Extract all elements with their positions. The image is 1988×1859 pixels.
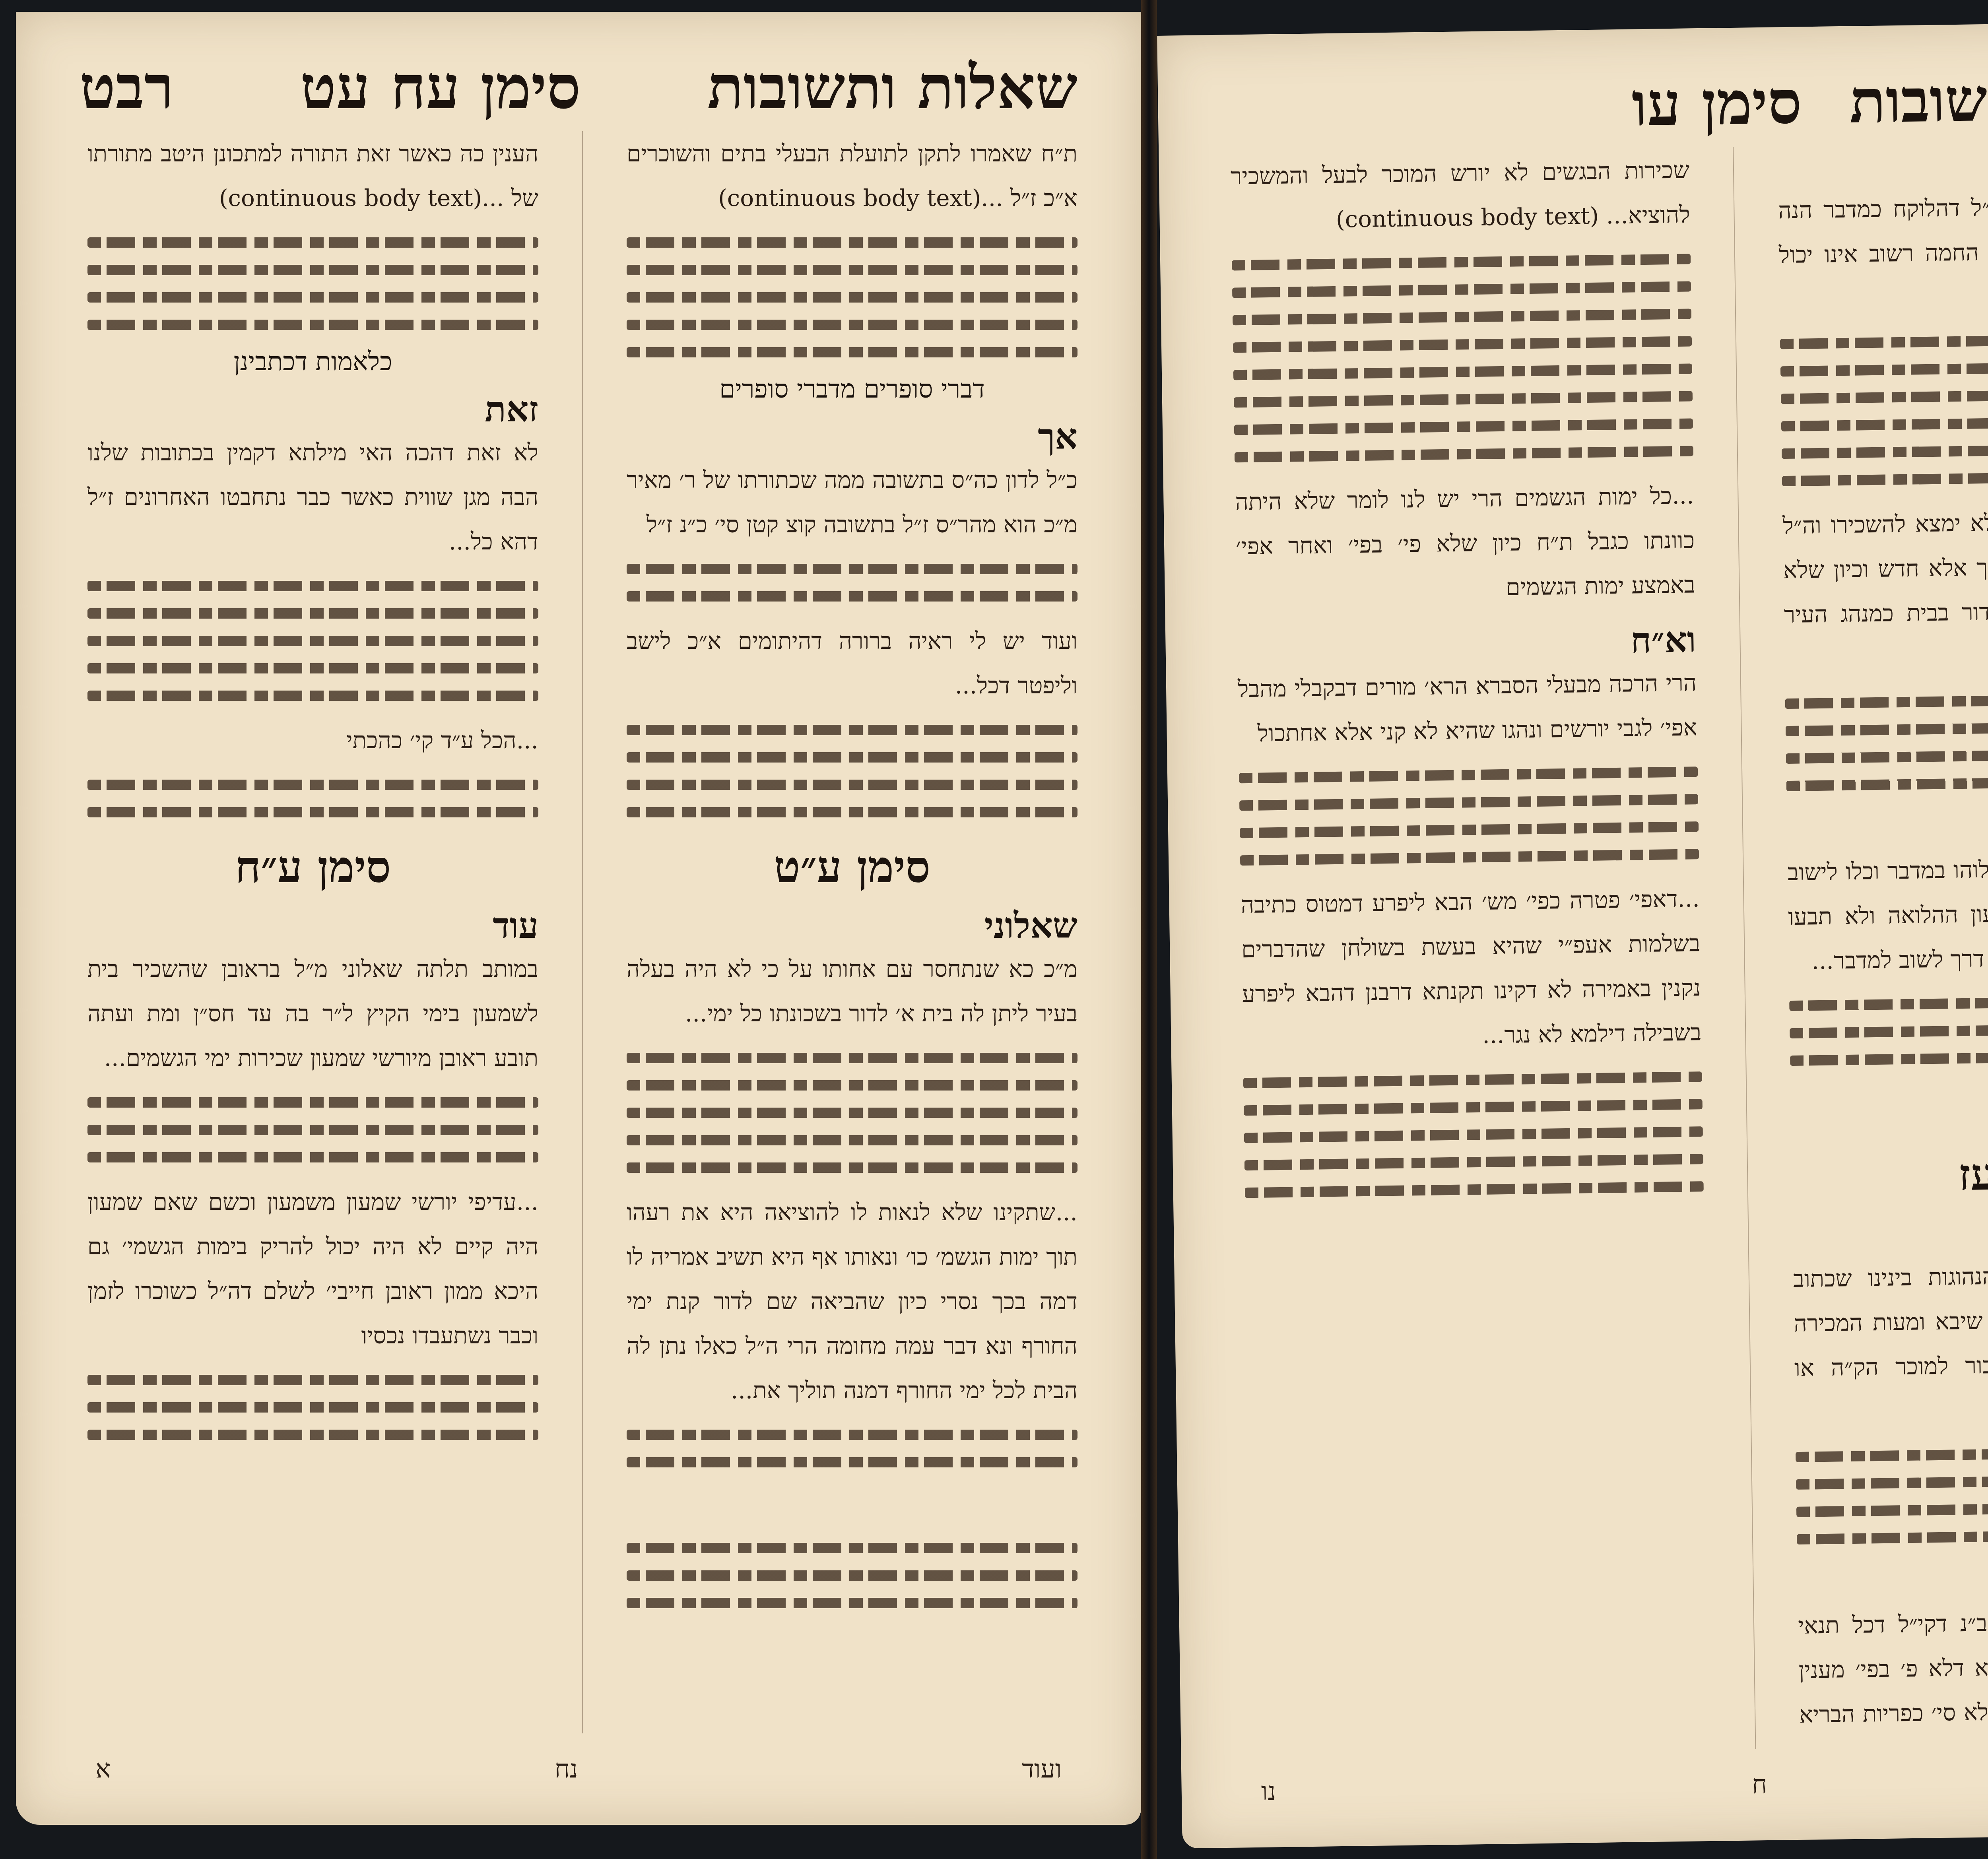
body-text: כ״ל לדון כה״ס בתשובה ממה שכתורתו של ר׳ מ…	[627, 458, 1077, 547]
opening-word: זאת	[485, 388, 538, 430]
body-text: ת״ח שאמרו לתקן לתועלת הבעלי בתים והשוכרי…	[627, 131, 1077, 220]
opening-word: וא״ח	[1630, 619, 1696, 661]
body-text: ...נהגה וזה אינו חסר כנ״ל	[1790, 1077, 1988, 1127]
text-block: ...כבר נשתכרו כל הבתים ולא ימצא להשכירו …	[1782, 497, 1988, 791]
body-text: ...עדיפי יורשי שמעון משמעון וכשם שאם שמע…	[87, 1180, 538, 1358]
text-block: ...נהגה וזה אינו חסר כנ״ל	[1790, 1077, 1988, 1127]
opening-word: אך	[1038, 416, 1077, 457]
body-text: ...שתקינו שלא לנאות לו להוציאה היא את רע…	[627, 1190, 1077, 1413]
column-left: שכירות הבגשים לא יורש המוכר לבעל והמשכיר…	[1230, 147, 1711, 1756]
folio-mark: נח	[555, 1754, 578, 1784]
page-footer: ועוד נח א	[95, 1749, 1062, 1789]
text-block: ...הכל ע״ד קי׳ כהכתי	[87, 718, 538, 817]
text-block: וחלא כל דברי הדין עם הסוכר ראב״נ דקי״ל ד…	[1797, 1555, 1988, 1781]
body-text: שכירות הבגשים לא יורש המוכר לבעל והמשכיר…	[1230, 147, 1690, 243]
page-footer: ח נו	[1261, 1758, 1988, 1811]
centered-line: דברי סופרים מדברי סופרים	[627, 375, 1077, 404]
column-divider	[582, 131, 583, 1733]
text-block: ...כל ימות הגשמים הרי יש לנו לומר שלא הי…	[1235, 473, 1696, 613]
running-head-section: סימן עו	[1631, 67, 1802, 140]
centered-line: כלאמות דכתבינן	[87, 347, 538, 376]
column-left: הענין כה כאשר זאת התורה למתכונן היטב מתו…	[87, 131, 538, 1733]
body-text: כל דברי הדין עם הסוכר ראב״נ דקי״ל דכל תנ…	[1798, 1597, 1988, 1781]
signature-mark: א	[95, 1754, 111, 1784]
catchword-mark: נו	[1261, 1777, 1276, 1807]
body-text: ...כבר נשתכרו כל הבתים ולא ימצא להשכירו …	[1782, 497, 1988, 681]
right-page: שאלות ותשובות סימן עו ואפי׳ את״ל דמדמינן…	[1157, 20, 1988, 1849]
column-divider	[1733, 147, 1756, 1749]
body-text: מ״כ כא שנתחסר עם אחותו על כי לא היה בעלה…	[627, 947, 1077, 1036]
opening-word: עוד	[493, 905, 538, 946]
section-title: סימן ע״ט	[627, 841, 1077, 893]
text-block: ואפי׳ את״ל דמדמינן כ״ד לדין הנ״ל דהלוקח …	[1777, 140, 1988, 486]
body-text: לא זאת דהכה האי מילתא דקמין בכתובות שלנו…	[87, 430, 538, 564]
column-right: ת״ח שאמרו לתקן לתועלת הבעלי בתים והשוכרי…	[627, 131, 1077, 1733]
text-block: ...שתקינו שלא לנאות לו להוציאה היא את רע…	[627, 1190, 1077, 1467]
body-text: ...דאפי׳ פטרה כפי׳ מש׳ הבא ליפרע דמטוס כ…	[1241, 876, 1702, 1061]
text-columns: ואפי׳ את״ל דמדמינן כ״ד לדין הנ״ל דהלוקח …	[1230, 140, 1988, 1756]
text-block: זאת לא זאת דהכה האי מילתא דקמין בכתובות …	[87, 388, 538, 701]
text-block: שכירות הבגשים לא יורש המוכר לבעל והמשכיר…	[1230, 147, 1693, 462]
signature-mark: ח	[1752, 1770, 1767, 1800]
text-block: ועוד יש לי ראיה ברורה דהיתומים א״כ לישב …	[627, 619, 1077, 817]
folio-number: רבט	[80, 52, 174, 122]
body-text: במותב תלתה שאלוני מ״ל בראובן שהשכיר בית …	[87, 947, 538, 1080]
text-block: ובן נ״ל הדין ג״כ בהלוואה דאם הלוהו במדבר…	[1786, 802, 1988, 1066]
text-block	[627, 1484, 1077, 1608]
left-page: שאלות ותשובות סימן עח עט רבט ת״ח שאמרו ל…	[16, 12, 1141, 1825]
text-block: ת״ח שאמרו לתקן לתועלת הבעלי בתים והשוכרי…	[627, 131, 1077, 357]
text-block: ...עדיפי יורשי שמעון משמעון וכשם שאם שמע…	[87, 1180, 538, 1440]
body-text: הרי הרכה מבעלי הסברא הרא׳ מורים דבקבלי מ…	[1237, 660, 1697, 756]
text-block: וא״ח הרי הרכה מבעלי הסברא הרא׳ מורים דבק…	[1237, 619, 1699, 865]
text-block: אך כ״ל לדון כה״ס בתשובה ממה שכתורתו של ר…	[627, 416, 1077, 602]
section-title: סימן עז	[1791, 1145, 1988, 1203]
running-head-title: שאלות ותשובות	[1849, 62, 1988, 137]
running-head: שאלות ותשובות סימן עח עט רבט	[80, 44, 1077, 131]
text-block: ...דאפי׳ פטרה כפי׳ מש׳ הבא ליפרע דמטוס כ…	[1241, 876, 1704, 1198]
running-head: שאלות ותשובות סימן עו	[1396, 53, 1988, 152]
text-block: שאלוני מ״כ כא שנתחסר עם אחותו על כי לא ה…	[627, 905, 1077, 1173]
body-text: שאלוני מ״ה בהני הטבות הנהוגות בינינו שכת…	[1793, 1250, 1988, 1435]
text-block: הענין כה כאשר זאת התורה למתכונן היטב מתו…	[87, 131, 538, 330]
text-block: עוד שאלוני מ״ה בהני הטבות הנהוגות בינינו…	[1792, 1209, 1988, 1545]
body-text: ועוד יש לי ראיה ברורה דהיתומים א״כ לישב …	[627, 619, 1077, 708]
text-columns: ת״ח שאמרו לתקן לתועלת הבעלי בתים והשוכרי…	[87, 131, 1077, 1733]
body-text: ...הכל ע״ד קי׳ כהכתי	[87, 718, 538, 763]
text-block: עוד במותב תלתה שאלוני מ״ל בראובן שהשכיר …	[87, 905, 538, 1162]
opening-word: שאלוני	[984, 905, 1077, 946]
body-text: נ״ל הדין ג״כ בהלוואה דאם הלוהו במדבר וכל…	[1787, 844, 1988, 984]
body-text: ...כל ימות הגשמים הרי יש לנו לומר שלא הי…	[1235, 473, 1696, 613]
running-head-title: שאלות ותשובות	[707, 52, 1077, 122]
section-title: סימן ע״ח	[87, 841, 538, 893]
running-head-section: סימן עח עט	[300, 52, 580, 122]
book-gutter	[1141, 0, 1157, 1859]
body-text: הענין כה כאשר זאת התורה למתכונן היטב מתו…	[87, 131, 538, 220]
catchword: ועוד	[1022, 1754, 1062, 1784]
body-text: את״ל דמדמינן כ״ד לדין הנ״ל דהלוקח כמדבר …	[1778, 182, 1988, 322]
column-right: ואפי׳ את״ל דמדמינן כ״ד לדין הנ״ל דהלוקח …	[1777, 140, 1988, 1748]
